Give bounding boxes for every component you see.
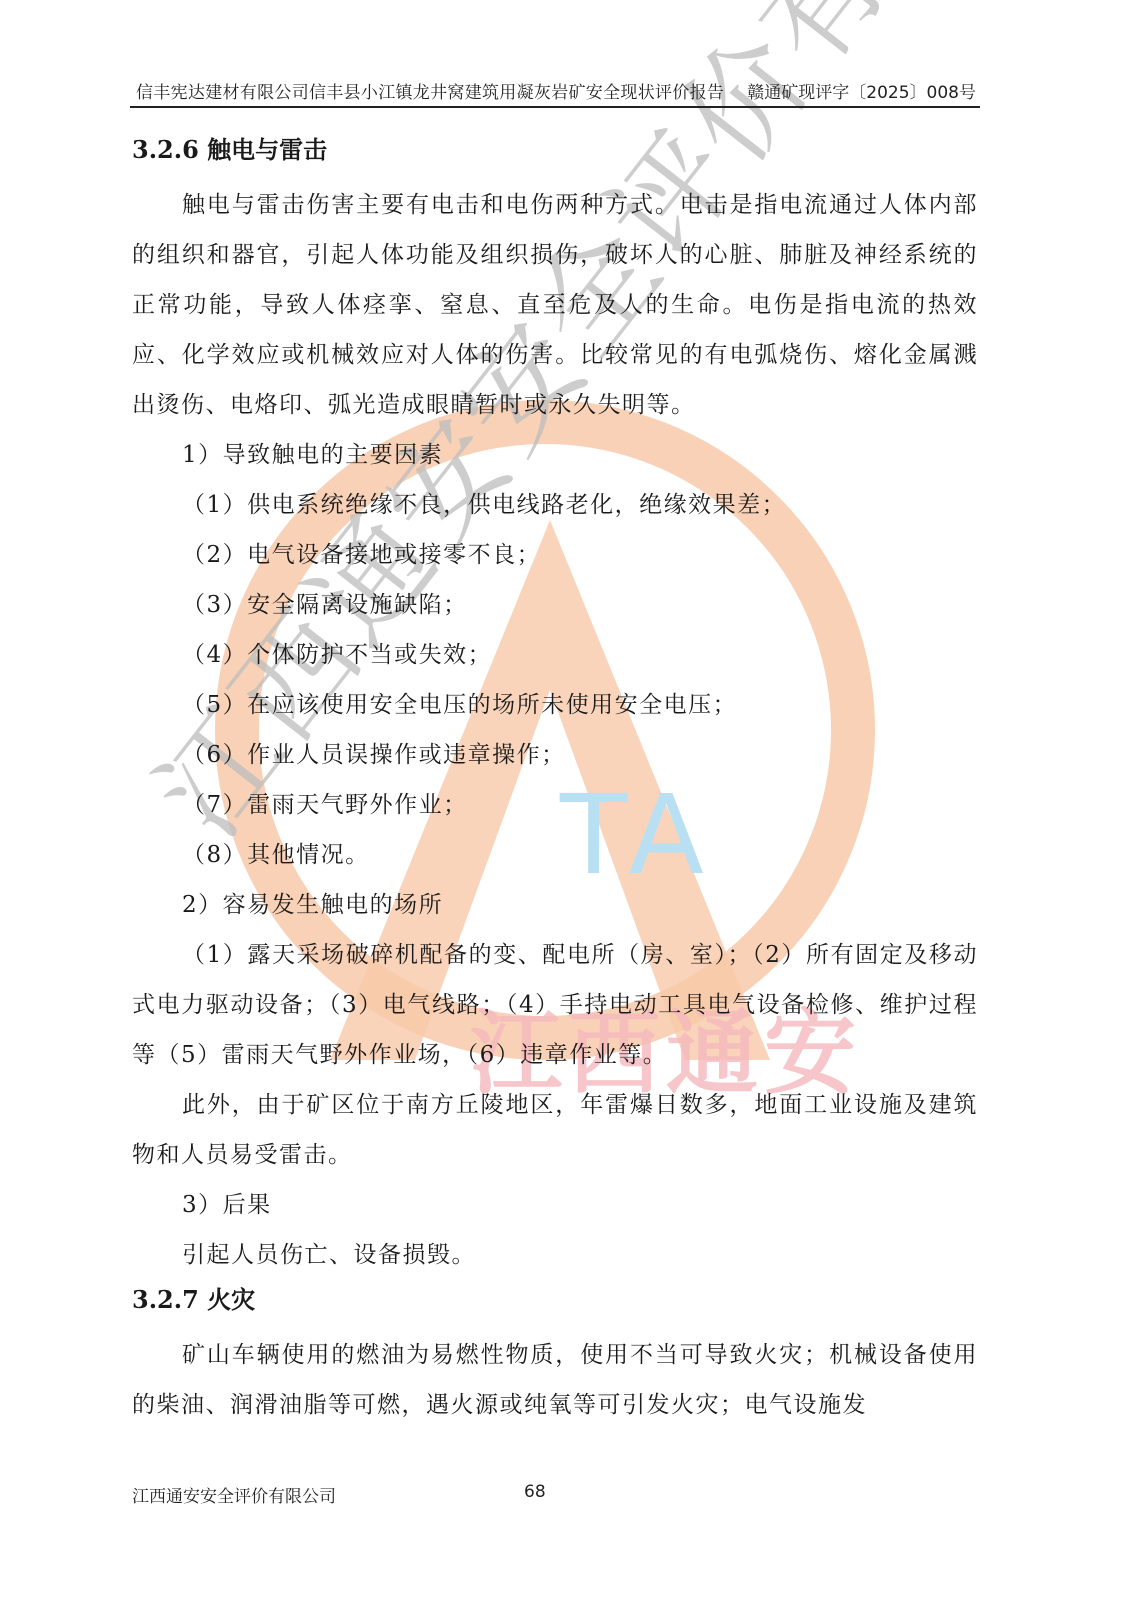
paragraph-lightning: 此外，由于矿区位于南方丘陵地区，年雷爆日数多，地面工业设施及建筑物和人员易受雷击…	[132, 1080, 978, 1180]
paragraph-fire: 矿山车辆使用的燃油为易燃性物质，使用不当可导致火灾；机械设备使用的柴油、润滑油脂…	[132, 1330, 978, 1430]
subheading-places: 2）容易发生触电的场所	[132, 880, 978, 930]
factor-item: （3）安全隔离设施缺陷；	[132, 580, 978, 630]
subheading-factors: 1）导致触电的主要因素	[132, 430, 978, 480]
paragraph-places: （1）露天采场破碎机配备的变、配电所（房、室）；（2）所有固定及移动式电力驱动设…	[132, 930, 978, 1080]
page-number: 68	[524, 1482, 546, 1502]
paragraph-intro: 触电与雷击伤害主要有电击和电伤两种方式。电击是指电流通过人体内部的组织和器官，引…	[132, 180, 978, 430]
factor-item: （7）雷雨天气野外作业；	[132, 780, 978, 830]
factor-item: （4）个体防护不当或失效；	[132, 630, 978, 680]
factor-item: （8）其他情况。	[132, 830, 978, 880]
document-page: TA 江西通安 江西通安安全评价有限公司 信丰宪达建材有限公司信丰县小江镇龙井窝…	[0, 0, 1131, 1600]
footer-company: 江西通安安全评价有限公司	[132, 1482, 336, 1507]
section-heading-3-2-7: 3.2.7 火灾	[132, 1280, 978, 1330]
page-content: 3.2.6 触电与雷击 触电与雷击伤害主要有电击和电伤两种方式。电击是指电流通过…	[132, 130, 978, 1430]
report-title: 信丰宪达建材有限公司信丰县小江镇龙井窝建筑用凝灰岩矿安全现状评价报告	[136, 78, 724, 103]
factor-item: （6）作业人员误操作或违章操作；	[132, 730, 978, 780]
section-heading-3-2-6: 3.2.6 触电与雷击	[132, 130, 978, 180]
factor-item: （1）供电系统绝缘不良，供电线路老化，绝缘效果差；	[132, 480, 978, 530]
factor-item: （5）在应该使用安全电压的场所未使用安全电压；	[132, 680, 978, 730]
page-header: 信丰宪达建材有限公司信丰县小江镇龙井窝建筑用凝灰岩矿安全现状评价报告 赣通矿现评…	[130, 78, 980, 108]
report-number: 赣通矿现评字〔2025〕008号	[747, 78, 976, 103]
paragraph-consequence: 引起人员伤亡、设备损毁。	[132, 1230, 978, 1280]
factor-item: （2）电气设备接地或接零不良；	[132, 530, 978, 580]
subheading-consequence: 3）后果	[132, 1180, 978, 1230]
